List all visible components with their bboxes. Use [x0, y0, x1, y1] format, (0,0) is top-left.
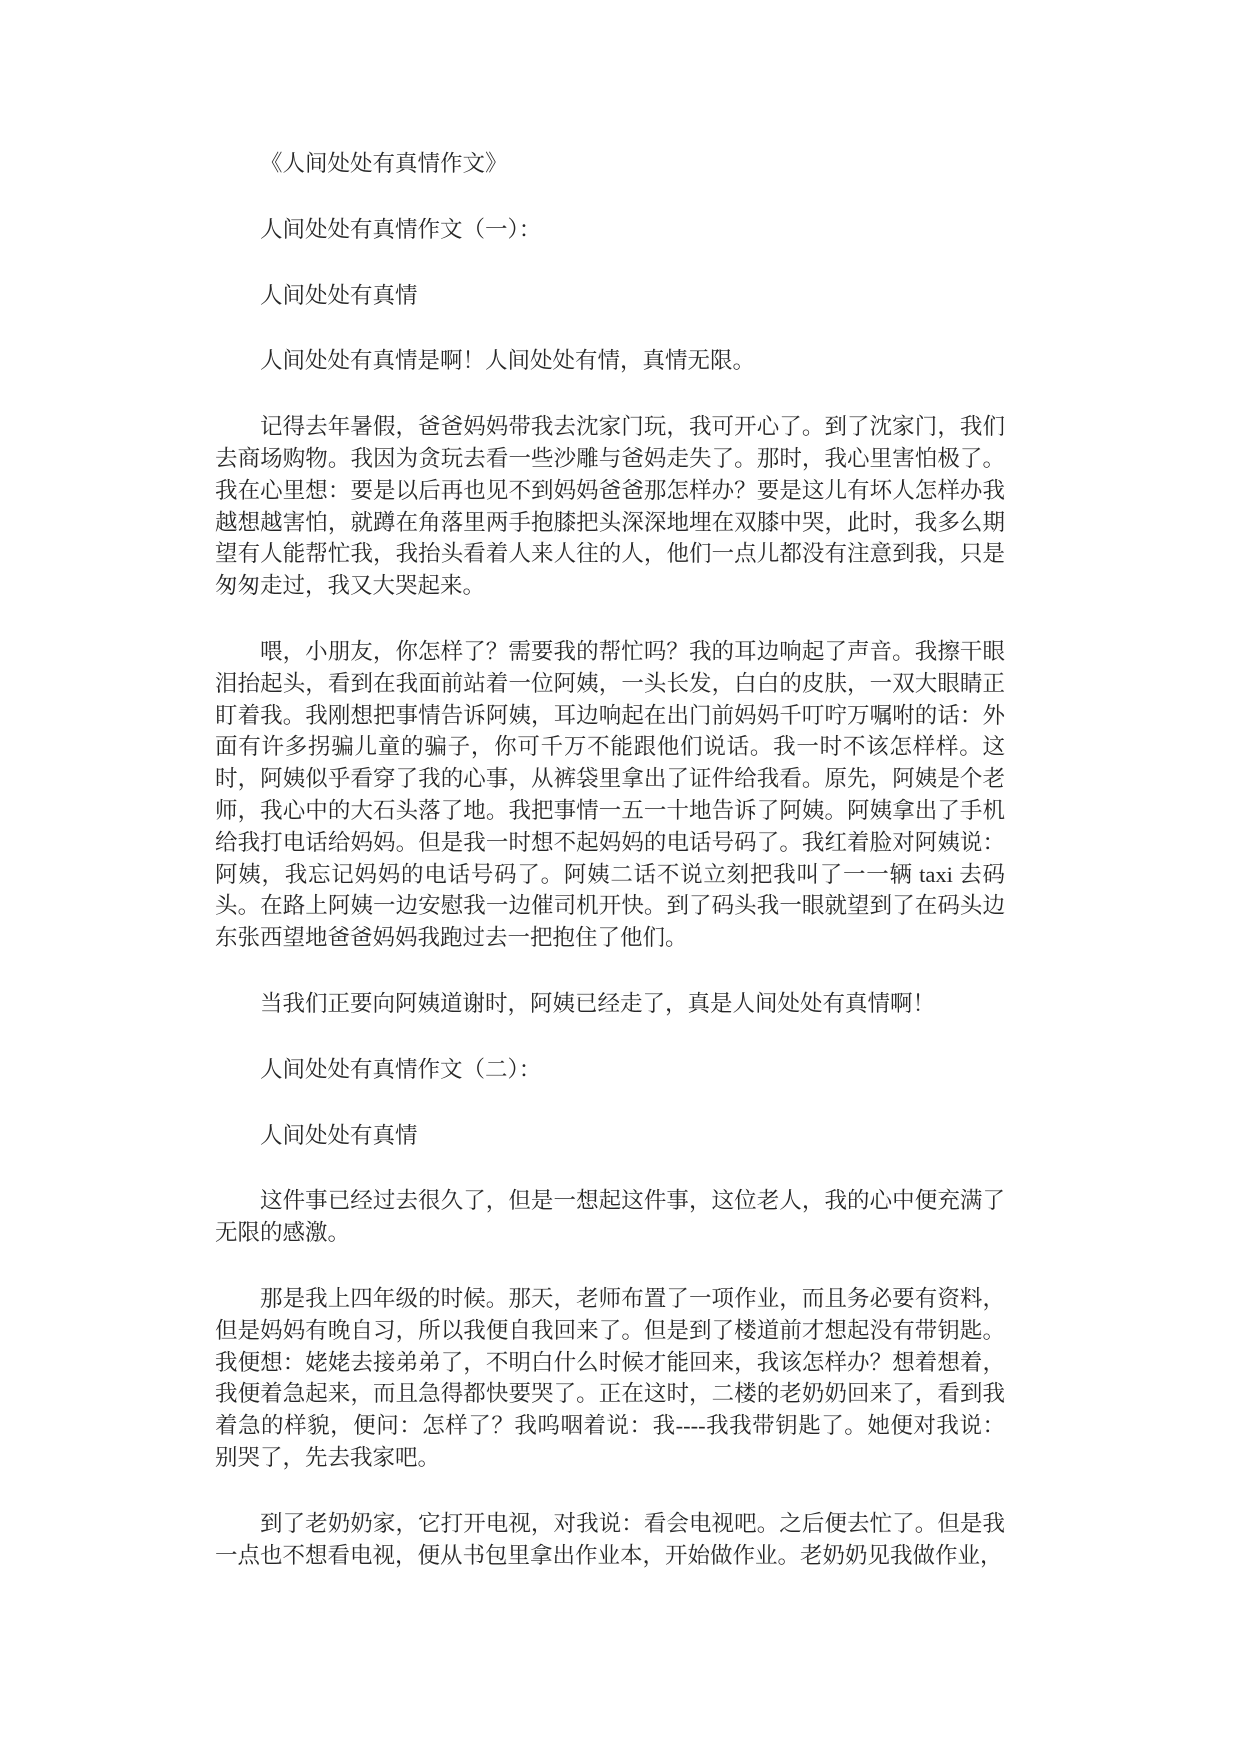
text-line: 东张西望地爸爸妈妈我跑过去一把抱住了他们。	[215, 922, 1005, 954]
text-line: 给我打电话给妈妈。但是我一时想不起妈妈的电话号码了。我红着脸对阿姨说：	[215, 827, 1005, 859]
text-line: 师，我心中的大石头落了地。我把事情一五一十地告诉了阿姨。阿姨拿出了手机	[215, 795, 1005, 827]
text-line: 时，阿姨似乎看穿了我的心事，从裤袋里拿出了证件给我看。原先，阿姨是个老	[215, 763, 1005, 795]
text-line: 人间处处有真情作文（一）：	[215, 214, 1005, 246]
text-line: 面有许多拐骗儿童的骗子，你可千万不能跟他们说话。我一时不该怎样样。这	[215, 731, 1005, 763]
title: 《人间处处有真情作文》	[215, 148, 1005, 180]
text-line: 去商场购物。我因为贪玩去看一些沙雕与爸妈走失了。那时，我心里害怕极了。	[215, 443, 1005, 475]
text-line: 别哭了，先去我家吧。	[215, 1442, 1005, 1474]
section-heading: 人间处处有真情作文（一）：	[215, 214, 1005, 246]
text-line: 人间处处有真情	[215, 1120, 1005, 1152]
paragraph: 这件事已经过去很久了，但是一想起这件事，这位老人，我的心中便充满了无限的感激。	[215, 1185, 1005, 1249]
paragraph: 当我们正要向阿姨道谢时，阿姨已经走了，真是人间处处有真情啊！	[215, 988, 1005, 1020]
paragraph: 人间处处有真情是啊！人间处处有情，真情无限。	[215, 345, 1005, 377]
subtitle: 人间处处有真情	[215, 1120, 1005, 1152]
text-line: 我在心里想：要是以后再也见不到妈妈爸爸那怎样办？要是这儿有坏人怎样办我	[215, 475, 1005, 507]
text-line: 一点也不想看电视，便从书包里拿出作业本，开始做作业。老奶奶见我做作业，	[215, 1540, 1005, 1572]
document-page: 《人间处处有真情作文》人间处处有真情作文（一）：人间处处有真情人间处处有真情是啊…	[0, 0, 1240, 1753]
text-line: 人间处处有真情是啊！人间处处有情，真情无限。	[215, 345, 1005, 377]
text-line: 那是我上四年级的时候。那天，老师布置了一项作业，而且务必要有资料，	[215, 1283, 1005, 1315]
paragraph: 喂，小朋友，你怎样了？需要我的帮忙吗？我的耳边响起了声音。我擦干眼泪抬起头，看到…	[215, 636, 1005, 954]
text-line: 阿姨，我忘记妈妈的电话号码了。阿姨二话不说立刻把我叫了一一辆 taxi 去码	[215, 859, 1005, 891]
paragraph: 记得去年暑假，爸爸妈妈带我去沈家门玩，我可开心了。到了沈家门，我们去商场购物。我…	[215, 411, 1005, 602]
text-line: 越想越害怕，就蹲在角落里两手抱膝把头深深地埋在双膝中哭，此时，我多么期	[215, 507, 1005, 539]
text-line: 头。在路上阿姨一边安慰我一边催司机开快。到了码头我一眼就望到了在码头边	[215, 890, 1005, 922]
text-line: 这件事已经过去很久了，但是一想起这件事，这位老人，我的心中便充满了	[215, 1185, 1005, 1217]
text-line: 着急的样貌，便问：怎样了？我呜咽着说：我----我我带钥匙了。她便对我说：	[215, 1410, 1005, 1442]
text-line: 到了老奶奶家，它打开电视，对我说：看会电视吧。之后便去忙了。但是我	[215, 1508, 1005, 1540]
text-line: 当我们正要向阿姨道谢时，阿姨已经走了，真是人间处处有真情啊！	[215, 988, 1005, 1020]
text-line: 匆匆走过，我又大哭起来。	[215, 570, 1005, 602]
paragraph: 那是我上四年级的时候。那天，老师布置了一项作业，而且务必要有资料，但是妈妈有晚自…	[215, 1283, 1005, 1474]
section-heading: 人间处处有真情作文（二）：	[215, 1054, 1005, 1086]
paragraph: 到了老奶奶家，它打开电视，对我说：看会电视吧。之后便去忙了。但是我一点也不想看电…	[215, 1508, 1005, 1572]
text-line: 喂，小朋友，你怎样了？需要我的帮忙吗？我的耳边响起了声音。我擦干眼	[215, 636, 1005, 668]
text-line: 我便想：姥姥去接弟弟了，不明白什么时候才能回来，我该怎样办？想着想着，	[215, 1347, 1005, 1379]
text-line: 《人间处处有真情作文》	[215, 148, 1005, 180]
text-line: 盯着我。我刚想把事情告诉阿姨，耳边响起在出门前妈妈千叮咛万嘱咐的话：外	[215, 700, 1005, 732]
text-line: 但是妈妈有晚自习，所以我便自我回来了。但是到了楼道前才想起没有带钥匙。	[215, 1315, 1005, 1347]
text-line: 望有人能帮忙我，我抬头看着人来人往的人，他们一点儿都没有注意到我，只是	[215, 538, 1005, 570]
document-content: 《人间处处有真情作文》人间处处有真情作文（一）：人间处处有真情人间处处有真情是啊…	[0, 0, 1005, 1571]
text-line: 泪抬起头，看到在我面前站着一位阿姨，一头长发，白白的皮肤，一双大眼睛正	[215, 668, 1005, 700]
text-line: 人间处处有真情	[215, 280, 1005, 312]
text-line: 人间处处有真情作文（二）：	[215, 1054, 1005, 1086]
text-line: 我便着急起来，而且急得都快要哭了。正在这时，二楼的老奶奶回来了，看到我	[215, 1378, 1005, 1410]
text-line: 记得去年暑假，爸爸妈妈带我去沈家门玩，我可开心了。到了沈家门，我们	[215, 411, 1005, 443]
subtitle: 人间处处有真情	[215, 280, 1005, 312]
text-line: 无限的感激。	[215, 1217, 1005, 1249]
